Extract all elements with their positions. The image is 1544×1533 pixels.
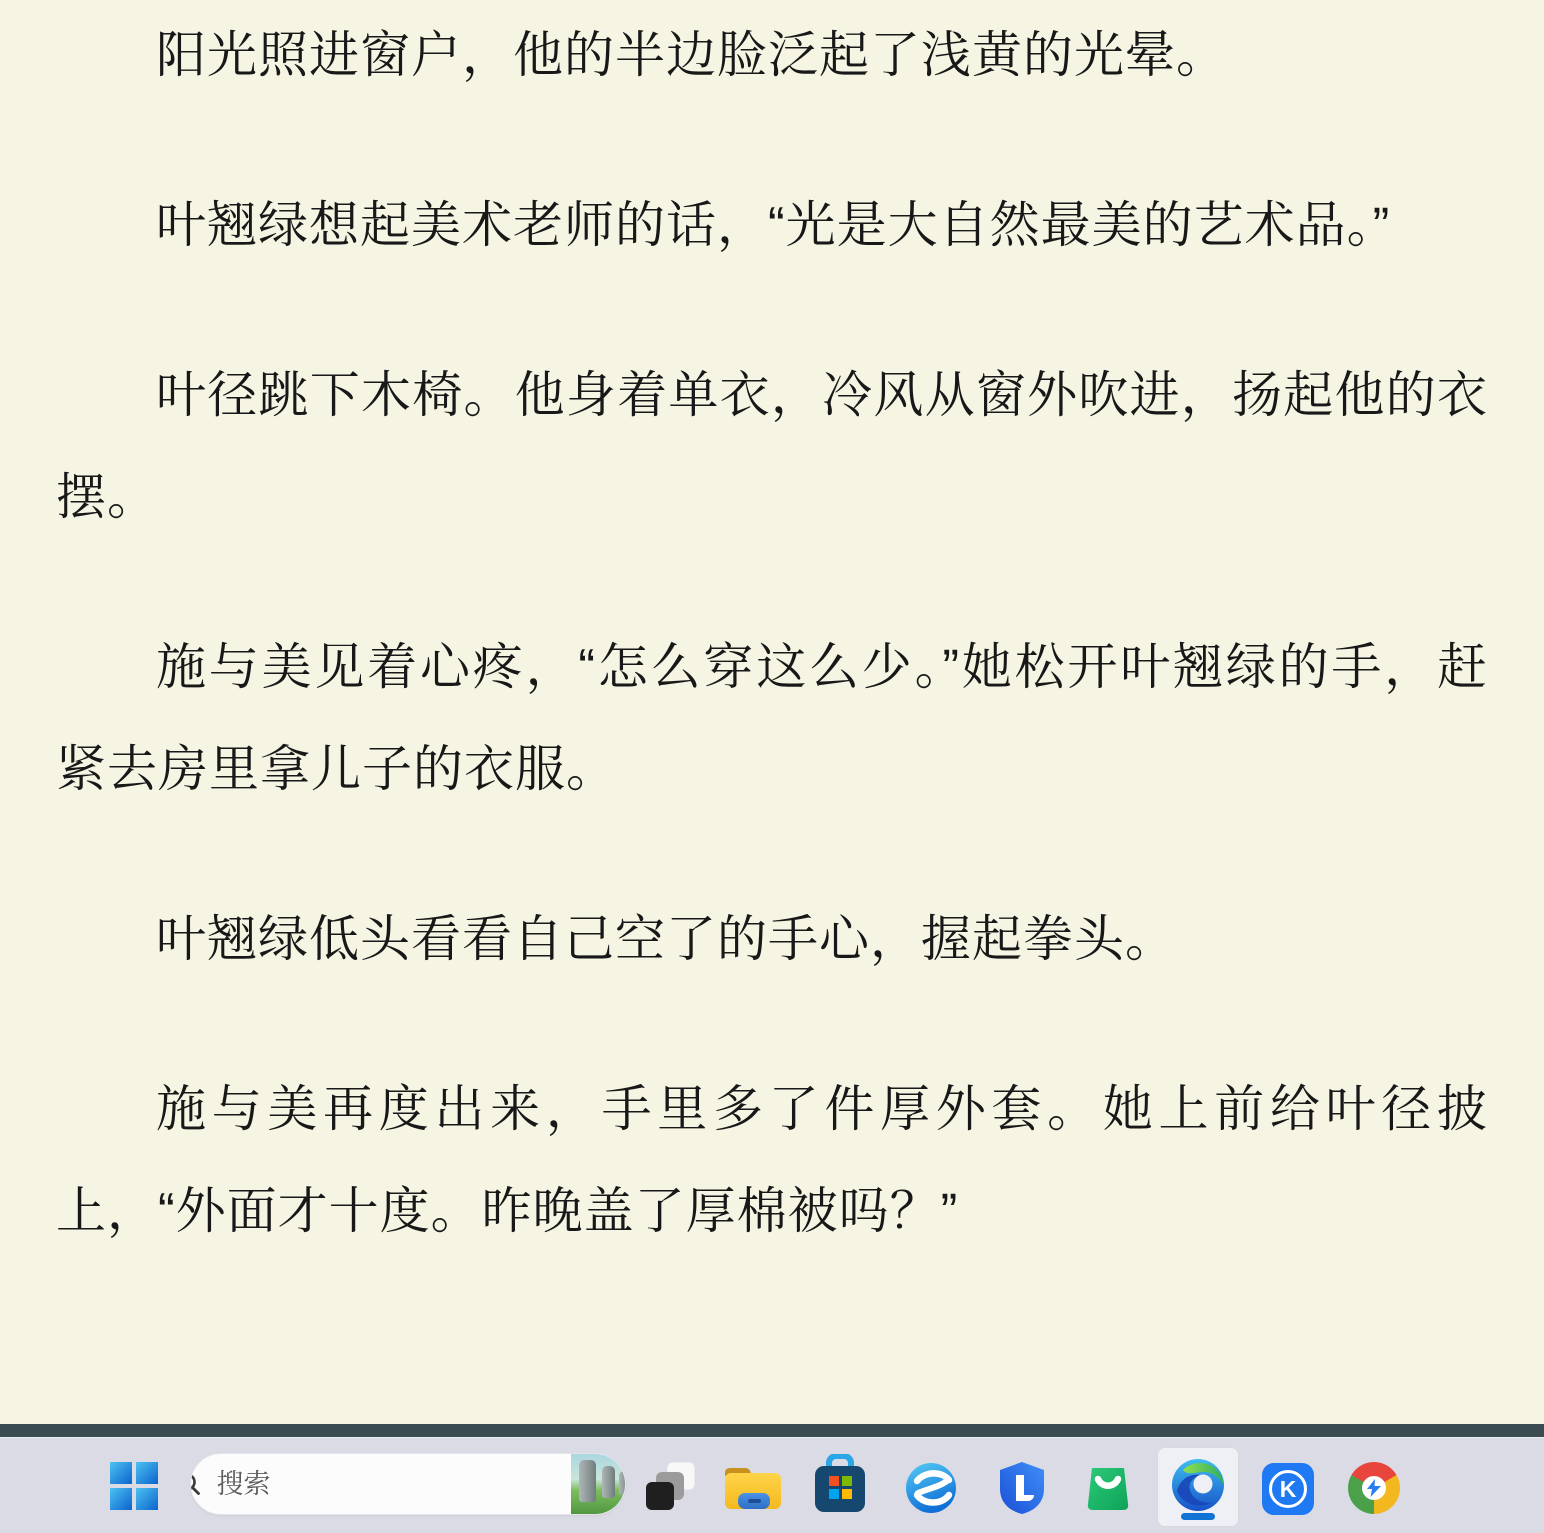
landscape-pillar <box>619 1471 627 1495</box>
landscape-pillar <box>579 1460 596 1502</box>
chrome-button[interactable] <box>1348 1462 1400 1514</box>
browser-e-icon <box>905 1462 957 1514</box>
paragraph: 施与美再度出来，手里多了件厚外套。她上前给叶径披上，“外面才十度。昨晚盖了厚棉被… <box>56 1058 1488 1262</box>
lightning-icon <box>1366 1479 1382 1497</box>
pc-manager-button[interactable] <box>996 1460 1048 1516</box>
paragraph: 施与美见着心疼，“怎么穿这么少。”她松开叶翘绿的手，赶紧去房里拿儿子的衣服。 <box>56 616 1488 820</box>
task-view-button[interactable] <box>645 1460 697 1512</box>
task-view-icon <box>645 1460 697 1512</box>
edge-active-indicator <box>1181 1513 1215 1520</box>
chrome-icon <box>1362 1476 1386 1500</box>
start-button[interactable] <box>110 1462 158 1510</box>
reader-bottom-bar <box>0 1424 1544 1437</box>
taskbar: K <box>0 1437 1544 1533</box>
landscape-pillar <box>602 1466 615 1498</box>
file-explorer-button[interactable] <box>722 1463 784 1511</box>
app-store-bag-icon <box>1082 1462 1134 1514</box>
reader-page: 阳光照进窗户，他的半边脸泛起了浅黄的光晕。 叶翘绿想起美术老师的话，“光是大自然… <box>0 0 1544 1424</box>
kugou-button[interactable]: K <box>1262 1463 1314 1515</box>
paragraph: 叶翘绿低头看看自己空了的手心，握起拳头。 <box>56 888 1488 990</box>
start-icon <box>110 1462 158 1510</box>
browser-button[interactable] <box>905 1462 957 1514</box>
microsoft-store-icon <box>810 1454 870 1516</box>
search-input[interactable] <box>217 1469 571 1500</box>
pc-manager-shield-icon <box>996 1460 1048 1516</box>
paragraph: 阳光照进窗户，他的半边脸泛起了浅黄的光晕。 <box>56 4 1488 106</box>
edge-icon <box>1170 1457 1226 1513</box>
kugou-letter: K <box>1280 1478 1297 1501</box>
bing-wallpaper-thumbnail[interactable] <box>571 1453 627 1515</box>
microsoft-store-button[interactable] <box>810 1454 870 1516</box>
kugou-icon: K <box>1269 1470 1307 1508</box>
paragraph: 叶翘绿想起美术老师的话，“光是大自然最美的艺术品。” <box>56 174 1488 276</box>
search-icon <box>190 1471 203 1498</box>
edge-button[interactable] <box>1157 1447 1239 1527</box>
app-store-button[interactable] <box>1082 1462 1134 1514</box>
paragraph: 叶径跳下木椅。他身着单衣，冷风从窗外吹进，扬起他的衣摆。 <box>56 344 1488 548</box>
file-explorer-icon <box>722 1463 784 1511</box>
taskbar-search-box[interactable] <box>190 1453 626 1515</box>
